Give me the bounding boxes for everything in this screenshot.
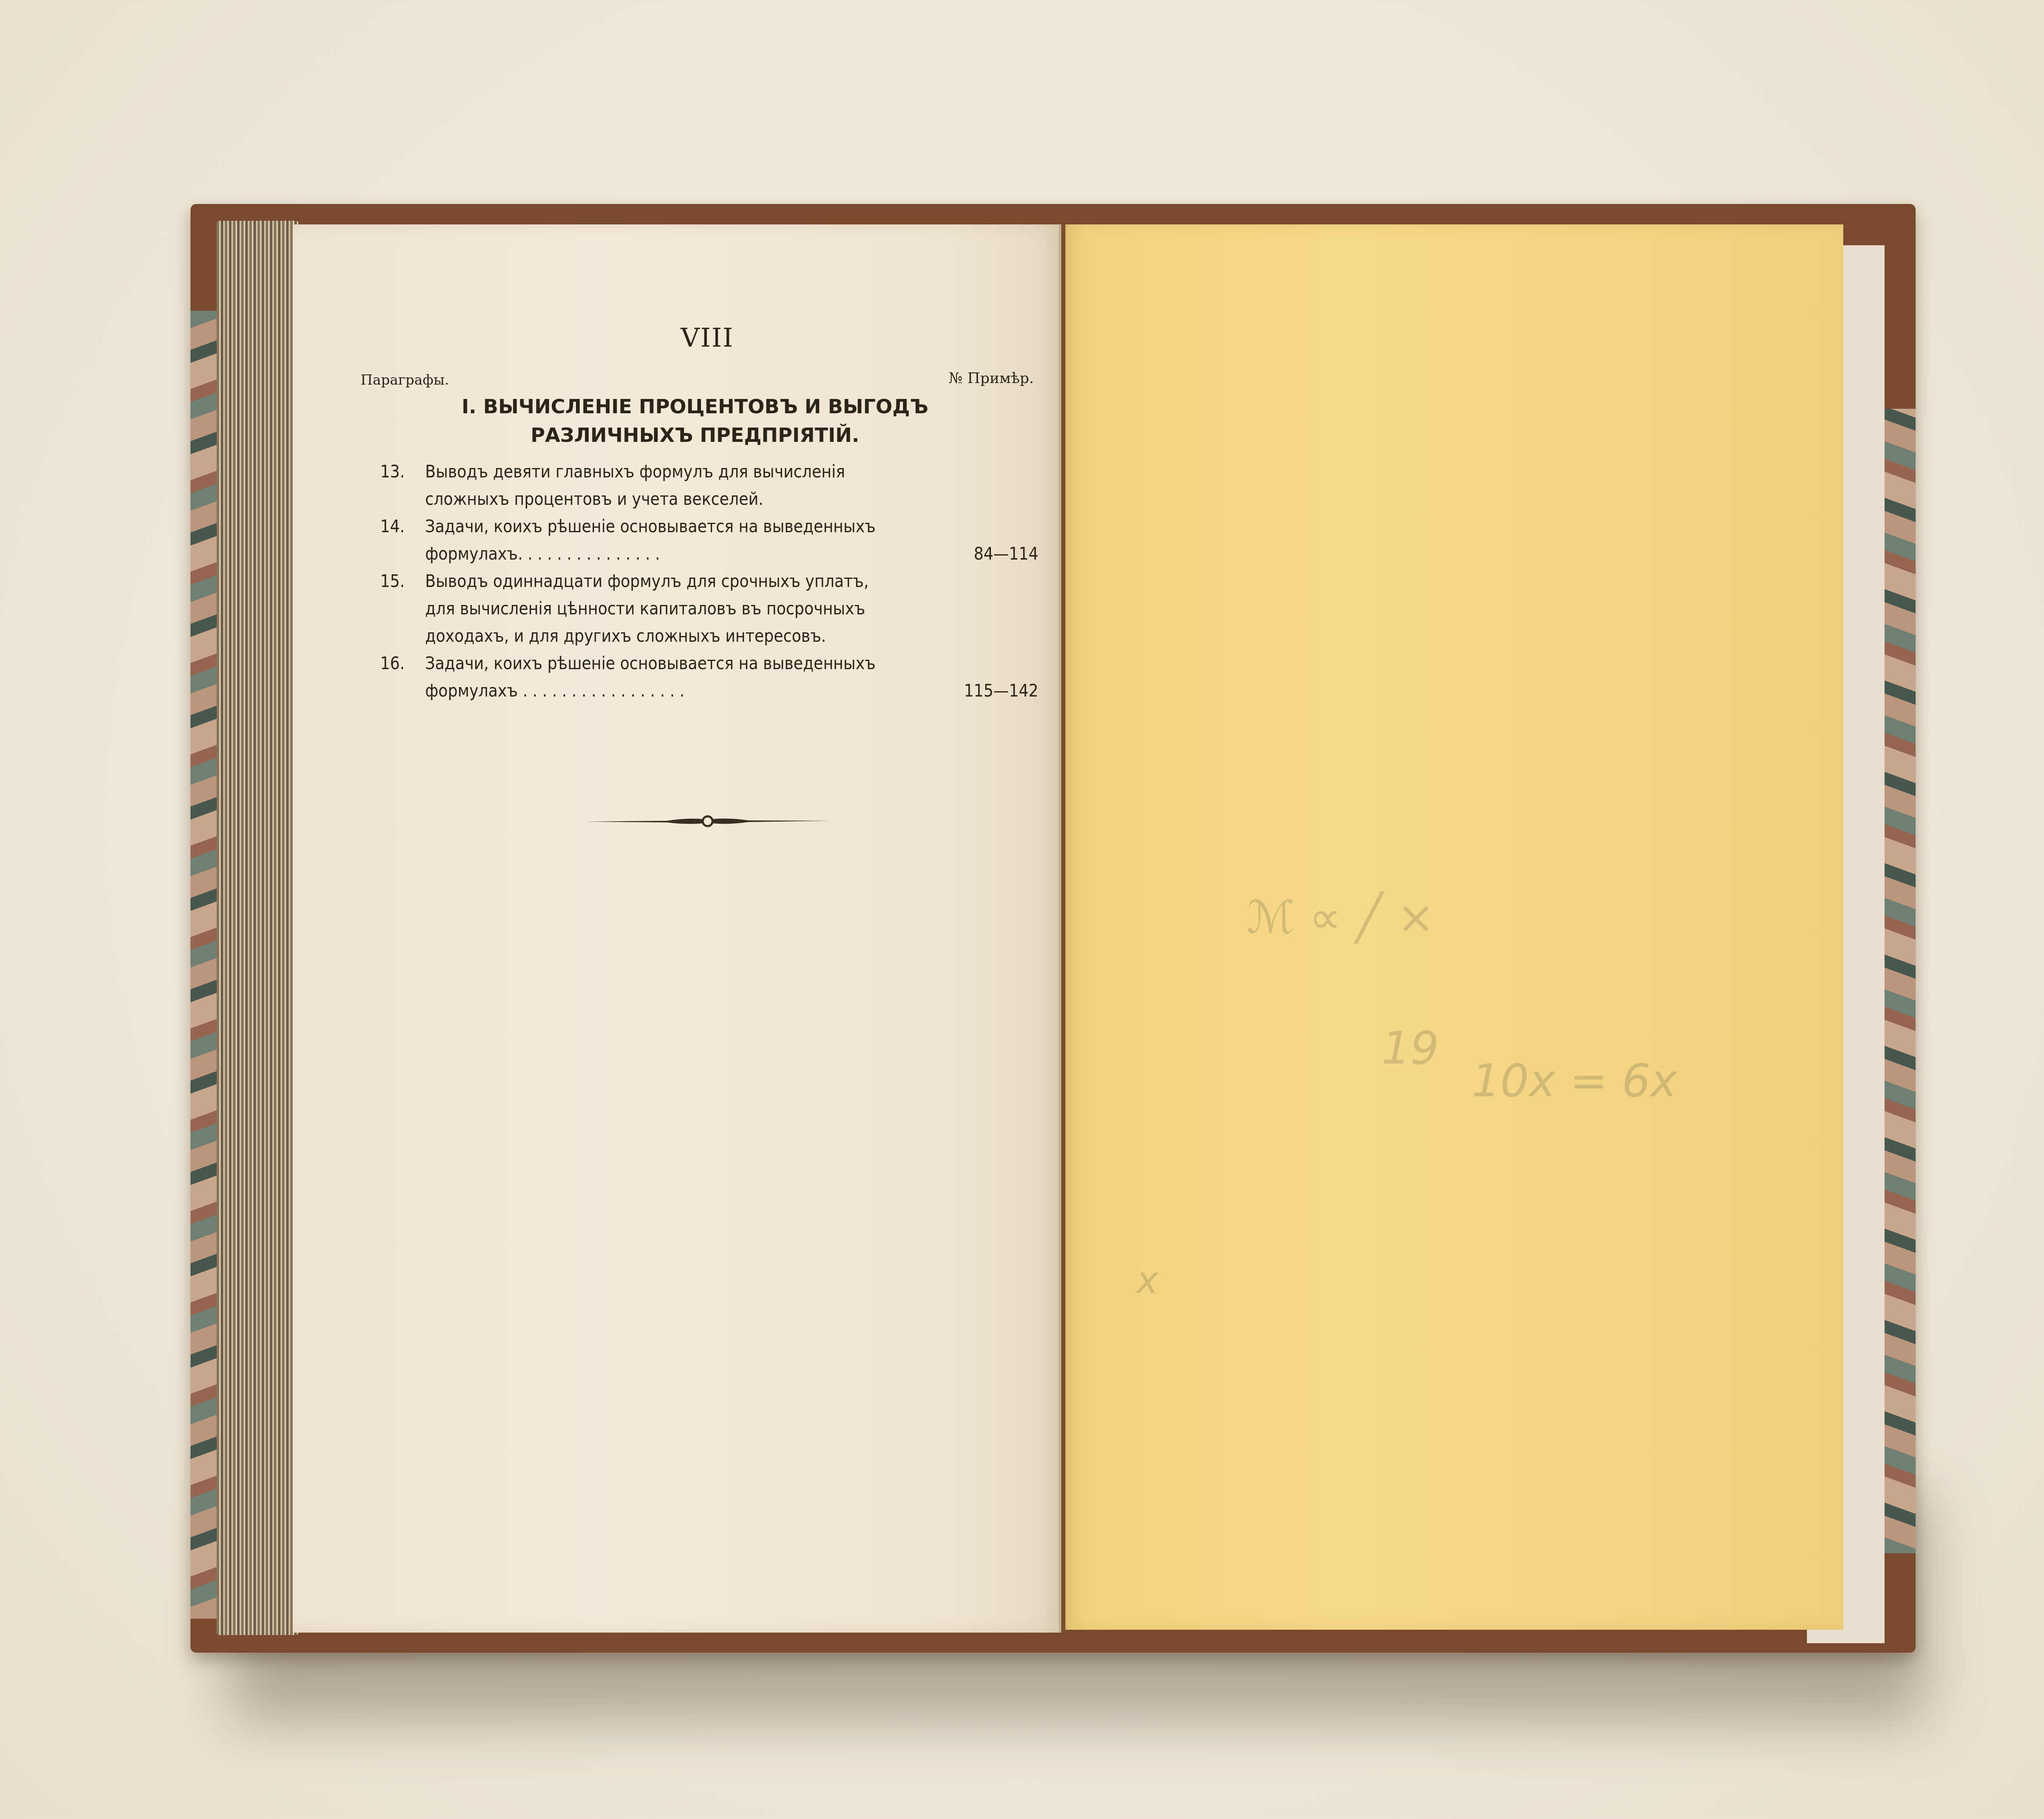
entry-text: для вычисленія цѣнности капиталовъ въ по…: [425, 595, 1034, 622]
entry-pages: 84—114: [974, 540, 1038, 567]
right-page-yellow-endpaper: [1065, 224, 1843, 1630]
toc-entry: 13. Выводъ девяти главныхъ формулъ для в…: [380, 458, 1034, 513]
page-edges-stack: [217, 221, 298, 1635]
toc-entry: 14. Задачи, коихъ рѣшеніе основывается н…: [380, 513, 1034, 567]
entry-pages: 115—142: [964, 677, 1038, 704]
section-heading: I. ВЫЧИСЛЕНІЕ ПРОЦЕНТОВЪ И ВЫГОДЪ РАЗЛИЧ…: [409, 392, 981, 450]
pencil-note: ℳ ∝ ╱ ⨯: [1247, 891, 1435, 943]
entry-text: Выводъ девяти главныхъ формулъ для вычис…: [425, 458, 1034, 485]
toc-entry: 16. Задачи, коихъ рѣшеніе основывается н…: [380, 650, 1034, 704]
section-heading-line: I. ВЫЧИСЛЕНІЕ ПРОЦЕНТОВЪ И ВЫГОДЪ: [409, 392, 981, 421]
pencil-note: x: [1136, 1259, 1158, 1302]
entry-text: Выводъ одиннадцати формулъ для срочныхъ …: [425, 567, 1034, 595]
section-heading-line: РАЗЛИЧНЫХЪ ПРЕДПРІЯТІЙ.: [409, 421, 981, 450]
entry-number: 13.: [380, 458, 413, 485]
entry-text: формулахъ. . . . . . . . . . . . . . .: [425, 540, 1034, 567]
column-label-paragraphs: Параграфы.: [361, 372, 449, 388]
toc-entry: 15. Выводъ одиннадцати формулъ для срочн…: [380, 567, 1034, 650]
entry-text: Задачи, коихъ рѣшеніе основывается на вы…: [425, 513, 1034, 540]
page-folio: VIII: [646, 323, 769, 353]
entry-text: Задачи, коихъ рѣшеніе основывается на вы…: [425, 650, 1034, 677]
pencil-note: 10x = 6x: [1472, 1055, 1677, 1107]
table-of-contents: 13. Выводъ девяти главныхъ формулъ для в…: [380, 458, 1034, 704]
entry-text: сложныхъ процентовъ и учета векселей.: [425, 485, 1034, 513]
pencil-note: 19: [1382, 1022, 1439, 1074]
column-label-examples: № Примѣр.: [899, 370, 1034, 387]
entry-number: 14.: [380, 513, 413, 540]
entry-number: 15.: [380, 567, 413, 595]
entry-text: формулахъ . . . . . . . . . . . . . . . …: [425, 677, 1034, 704]
entry-text: доходахъ, и для другихъ сложныхъ интерес…: [425, 622, 1034, 650]
ornamental-rule-icon: [585, 813, 830, 828]
marbled-cover-right: [1880, 409, 1916, 1553]
gutter: [1059, 224, 1069, 1633]
entry-number: 16.: [380, 650, 413, 677]
